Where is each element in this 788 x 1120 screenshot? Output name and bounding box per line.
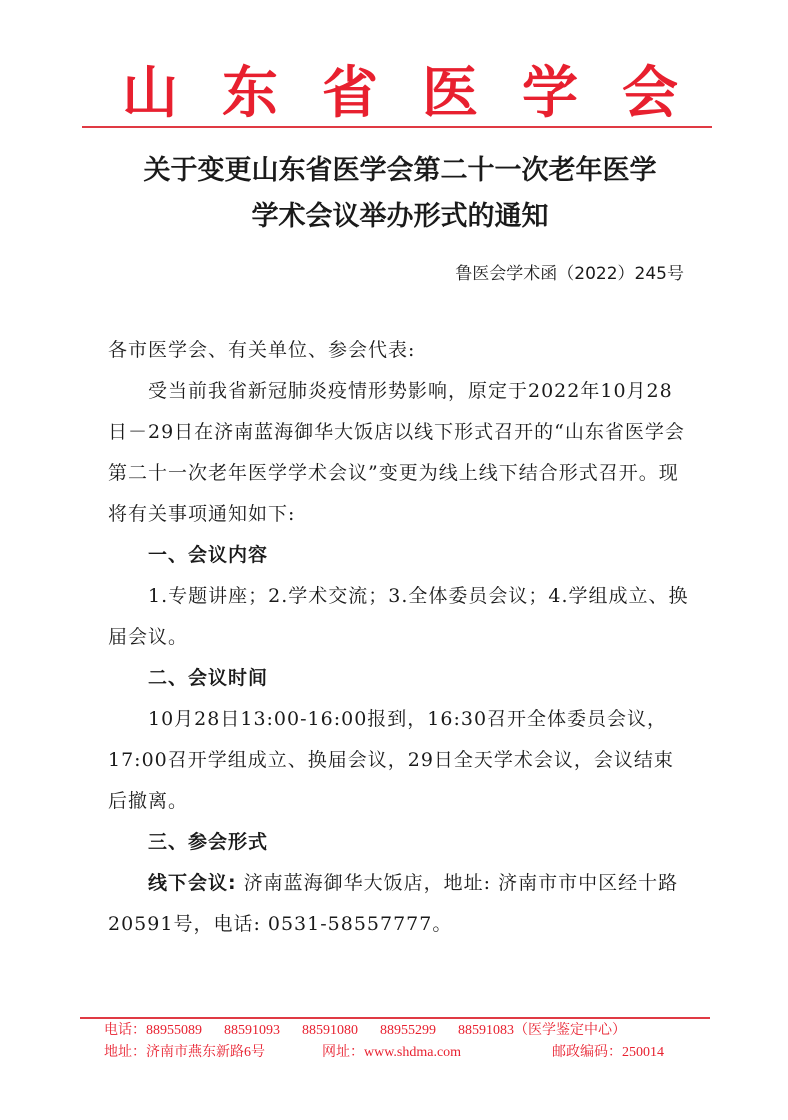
section-time-details: 10月28日13:00-16:00报到，16:30召开全体委员会议，17:00召… <box>108 699 690 822</box>
phone-number: 88955299 <box>380 1020 436 1042</box>
footer-phones: 电话： 88955089 88591093 88591080 88955299 … <box>104 1020 694 1042</box>
section-heading-time: 二、会议时间 <box>108 658 690 699</box>
phone-number: 88591080 <box>302 1020 358 1042</box>
footer-postcode: 邮政编码：250014 <box>552 1042 664 1064</box>
phone-number: 88591093 <box>224 1020 280 1042</box>
phone-number: 88591083（医学鉴定中心） <box>458 1020 626 1042</box>
section-heading-format: 三、参会形式 <box>108 822 690 863</box>
section-format-details: 线下会议: 济南蓝海御华大饭店，地址: 济南市市中区经十路20591号，电话: … <box>108 863 690 945</box>
footer-website: 网址：www.shdma.com <box>322 1042 552 1064</box>
section-heading-content: 一、会议内容 <box>108 535 690 576</box>
salutation: 各市医学会、有关单位、参会代表: <box>108 330 690 371</box>
letterhead-char: 山 <box>122 58 178 128</box>
letterhead-char: 省 <box>322 58 378 128</box>
letterhead-footer: 电话： 88955089 88591093 88591080 88955299 … <box>104 1020 694 1064</box>
letterhead-divider <box>82 126 712 128</box>
letterhead-title: 山 东 省 医 学 会 <box>82 58 718 128</box>
title-line-2: 学术会议举办形式的通知 <box>100 194 700 240</box>
letterhead-char: 会 <box>622 58 678 128</box>
title-line-1: 关于变更山东省医学会第二十一次老年医学 <box>100 148 700 194</box>
letterhead-char: 东 <box>222 58 278 128</box>
section-content-items: 1.专题讲座；2.学术交流；3.全体委员会议；4.学组成立、换届会议。 <box>108 576 690 658</box>
letterhead-char: 医 <box>422 58 478 128</box>
phone-number: 88955089 <box>146 1020 202 1042</box>
offline-meeting-label: 线下会议: <box>148 872 237 894</box>
letterhead-char: 学 <box>522 58 578 128</box>
document-body: 各市医学会、有关单位、参会代表: 受当前我省新冠肺炎疫情形势影响，原定于2022… <box>108 330 690 945</box>
footer-address: 地址：济南市燕东新路6号 <box>104 1042 322 1064</box>
document-title: 关于变更山东省医学会第二十一次老年医学 学术会议举办形式的通知 <box>100 148 700 240</box>
phone-label: 电话： <box>104 1020 146 1042</box>
document-number: 鲁医会学术函（2022）245号 <box>455 262 684 286</box>
footer-divider <box>80 1017 710 1019</box>
footer-address-row: 地址：济南市燕东新路6号 网址：www.shdma.com 邮政编码：25001… <box>104 1042 694 1064</box>
intro-paragraph: 受当前我省新冠肺炎疫情形势影响，原定于2022年10月28日－29日在济南蓝海御… <box>108 371 690 535</box>
